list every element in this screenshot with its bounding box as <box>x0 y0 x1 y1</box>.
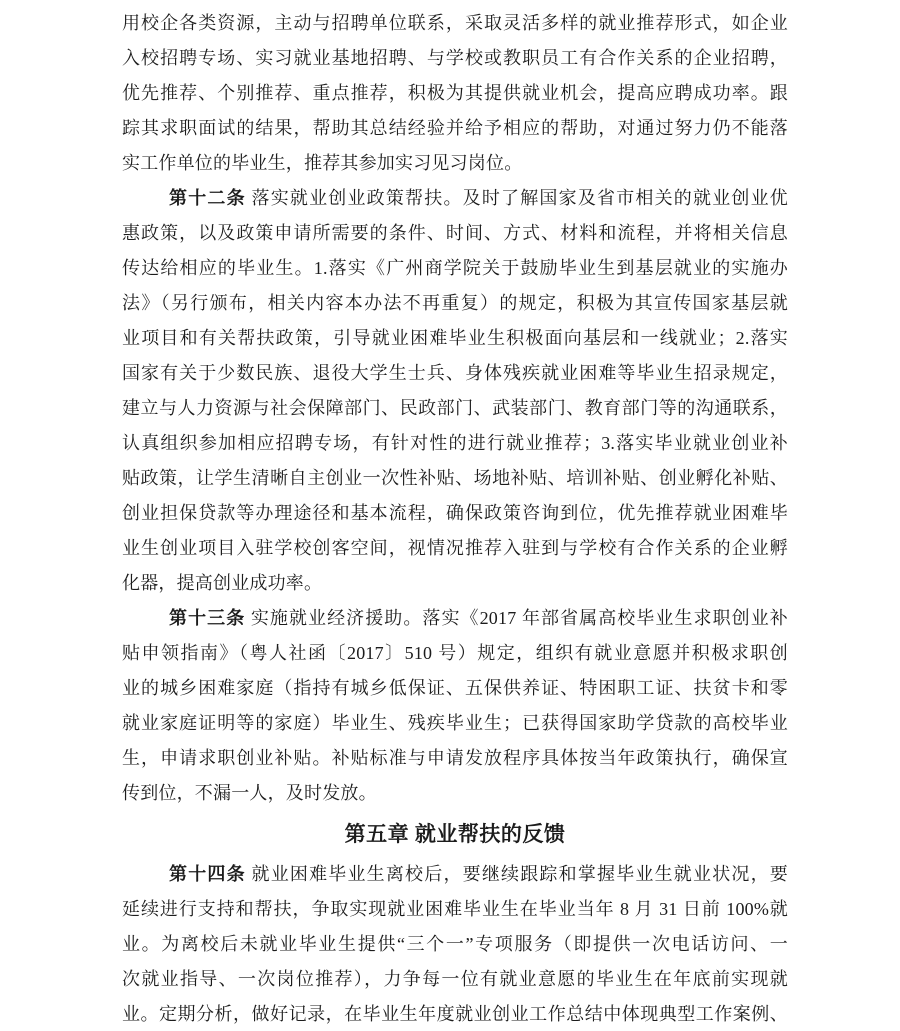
text-line: 业的城乡困难家庭（指持有城乡低保证、五保供养证、特困职工证、扶贫卡和零 <box>122 671 788 706</box>
article-first-line-text: 就业困难毕业生离校后，要继续跟踪和掌握毕业生就业状况，要 <box>246 864 788 884</box>
text-line: 业生创业项目入驻学校创客空间，视情况推荐入驻到与学校有合作关系的企业孵 <box>122 531 788 566</box>
article-number: 第十四条 <box>169 864 246 884</box>
text-line: 传达给相应的毕业生。1.落实《广州商学院关于鼓励毕业生到基层就业的实施办 <box>122 251 788 286</box>
text-line: 化器，提高创业成功率。 <box>122 566 788 601</box>
text-line: 业。为离校后未就业毕业生提供“三个一”专项服务（即提供一次电话访问、一 <box>122 927 788 962</box>
text-line: 第十二条 落实就业创业政策帮扶。及时了解国家及省市相关的就业创业优 <box>122 181 788 216</box>
paragraph: 第十四条 就业困难毕业生离校后，要继续跟踪和掌握毕业生就业状况，要延续进行支持和… <box>122 857 788 1031</box>
text-line: 入校招聘专场、实习就业基地招聘、与学校或教职员工有合作关系的企业招聘， <box>122 41 788 76</box>
text-line: 惠政策，以及政策申请所需要的条件、时间、方式、材料和流程，并将相关信息 <box>122 216 788 251</box>
text-line: 踪其求职面试的结果，帮助其总结经验并给予相应的帮助，对通过努力仍不能落 <box>122 111 788 146</box>
text-line: 业。定期分析，做好记录，在毕业生年度就业创业工作总结中体现典型工作案例、 <box>122 997 788 1031</box>
text-line: 次就业指导、一次岗位推荐），力争每一位有就业意愿的毕业生在年底前实现就 <box>122 962 788 997</box>
text-line: 贴申领指南》（粤人社函〔2017〕510 号）规定，组织有就业意愿并积极求职创 <box>122 636 788 671</box>
text-line: 建立与人力资源与社会保障部门、民政部门、武装部门、教育部门等的沟通联系， <box>122 391 788 426</box>
article-first-line-text: 实施就业经济援助。落实《2017 年部省属高校毕业生求职创业补 <box>245 608 788 628</box>
text-line: 业项目和有关帮扶政策，引导就业困难毕业生积极面向基层和一线就业；2.落实 <box>122 321 788 356</box>
article-number: 第十二条 <box>169 188 246 208</box>
text-line: 生，申请求职创业补贴。补贴标准与申请发放程序具体按当年政策执行，确保宣 <box>122 741 788 776</box>
paragraph: 用校企各类资源，主动与招聘单位联系，采取灵活多样的就业推荐形式，如企业入校招聘专… <box>122 6 788 181</box>
paragraph: 第十二条 落实就业创业政策帮扶。及时了解国家及省市相关的就业创业优惠政策，以及政… <box>122 181 788 601</box>
chapter-heading-block: 第五章 就业帮扶的反馈 <box>122 811 788 857</box>
text-line: 就业家庭证明等的家庭）毕业生、残疾毕业生；已获得国家助学贷款的高校毕业 <box>122 706 788 741</box>
text-line: 创业担保贷款等办理途径和基本流程，确保政策咨询到位，优先推荐就业困难毕 <box>122 496 788 531</box>
text-line: 传到位，不漏一人，及时发放。 <box>122 776 788 811</box>
paragraph: 第十三条 实施就业经济援助。落实《2017 年部省属高校毕业生求职创业补贴申领指… <box>122 601 788 811</box>
chapter-heading: 第五章 就业帮扶的反馈 <box>122 811 788 857</box>
text-line: 法》（另行颁布，相关内容本办法不再重复）的规定，积极为其宣传国家基层就 <box>122 286 788 321</box>
text-line: 优先推荐、个别推荐、重点推荐，积极为其提供就业机会，提高应聘成功率。跟 <box>122 76 788 111</box>
text-line: 第十三条 实施就业经济援助。落实《2017 年部省属高校毕业生求职创业补 <box>122 601 788 636</box>
text-line: 认真组织参加相应招聘专场，有针对性的进行就业推荐；3.落实毕业就业创业补 <box>122 426 788 461</box>
text-line: 延续进行支持和帮扶，争取实现就业困难毕业生在毕业当年 8 月 31 日前 100… <box>122 892 788 927</box>
text-line: 贴政策，让学生清晰自主创业一次性补贴、场地补贴、培训补贴、创业孵化补贴、 <box>122 461 788 496</box>
document-page: 用校企各类资源，主动与招聘单位联系，采取灵活多样的就业推荐形式，如企业入校招聘专… <box>0 0 900 1031</box>
article-number: 第十三条 <box>169 608 245 628</box>
text-line: 国家有关于少数民族、退役大学生士兵、身体残疾就业困难等毕业生招录规定， <box>122 356 788 391</box>
text-line: 第十四条 就业困难毕业生离校后，要继续跟踪和掌握毕业生就业状况，要 <box>122 857 788 892</box>
text-line: 实工作单位的毕业生，推荐其参加实习见习岗位。 <box>122 146 788 181</box>
text-line: 用校企各类资源，主动与招聘单位联系，采取灵活多样的就业推荐形式，如企业 <box>122 6 788 41</box>
article-first-line-text: 落实就业创业政策帮扶。及时了解国家及省市相关的就业创业优 <box>246 188 788 208</box>
